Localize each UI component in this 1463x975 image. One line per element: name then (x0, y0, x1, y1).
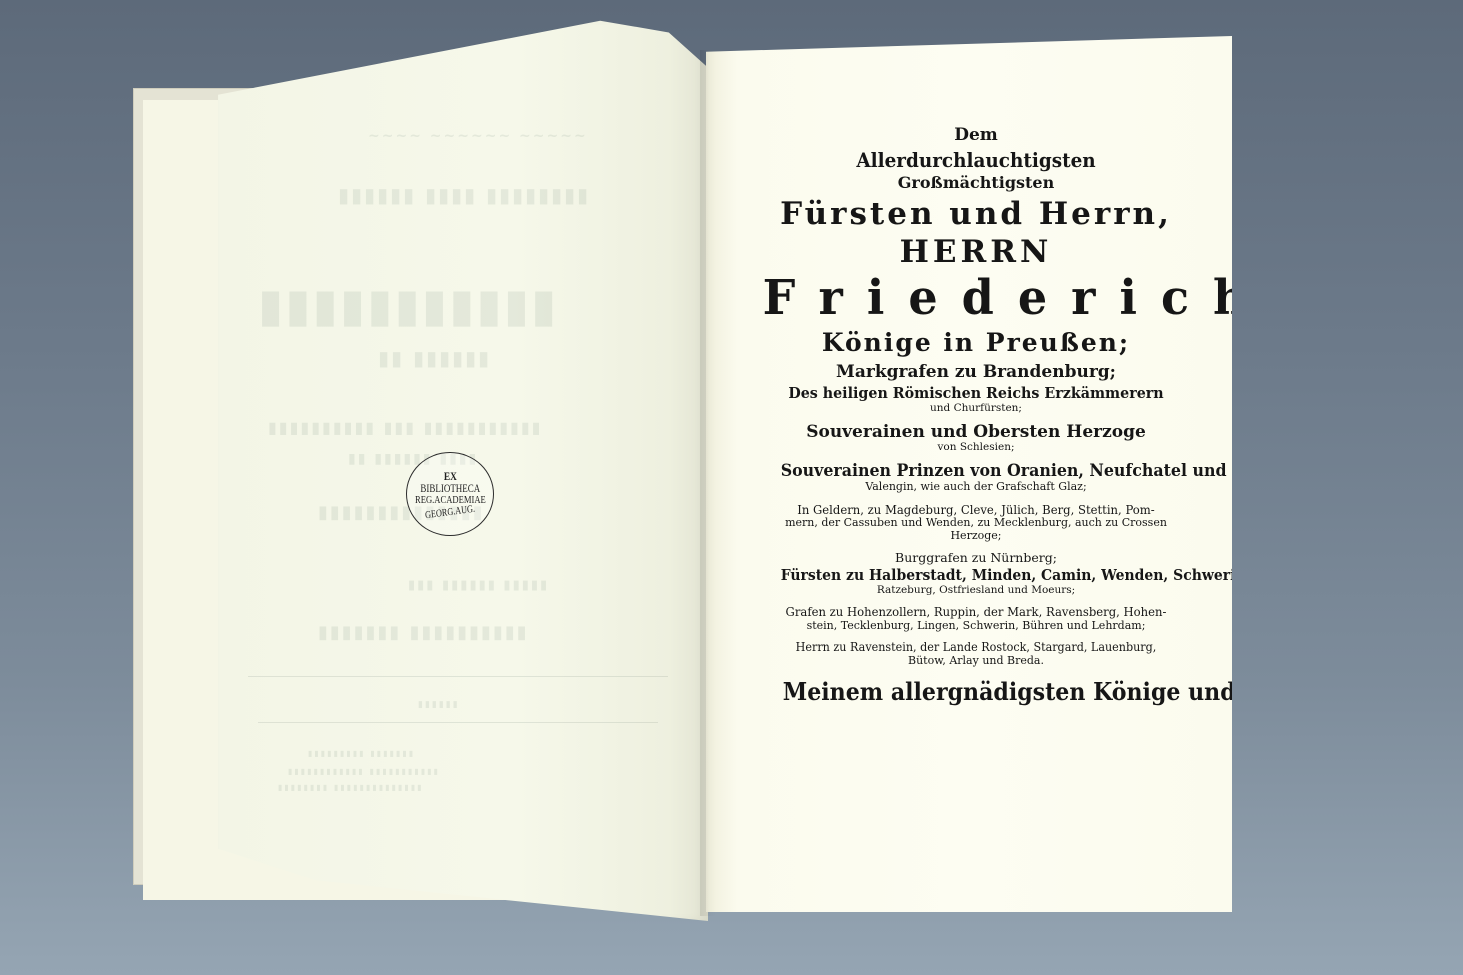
dedication-line: Dem (766, 126, 1186, 145)
dedication-line: Herrn zu Ravenstein, der Lande Rostock, … (781, 641, 1172, 654)
dedication-line: Souverainen und Obersten Herzoge (766, 423, 1186, 442)
dedication-line: Grafen zu Hohenzollern, Ruppin, der Mark… (781, 605, 1172, 619)
bleed-through-text: ▮▮▮▮▮▮▮ ▮▮▮▮▮▮▮▮▮▮ (318, 622, 529, 643)
dedication-line: Markgrafen zu Brandenburg; (766, 363, 1186, 382)
dedication-text: Dem Allerdurchlauchtigsten Großmächtigst… (766, 126, 1186, 706)
book-gutter-shadow (700, 50, 716, 916)
bleed-through-text: ▮▮▮▮▮▮▮▮▮▮▮ (258, 278, 558, 332)
bleed-through-text: ▮▮▮▮▮▮ (418, 700, 460, 710)
stamp-line: EX (443, 470, 456, 483)
bleed-through-text: ▮▮▮▮▮▮▮▮▮ ▮▮▮▮▮▮▮ (308, 748, 415, 758)
bleed-through-text: ▮▮▮▮▮▮▮▮▮▮ ▮▮▮ ▮▮▮▮▮▮▮▮▮▮▮ (268, 418, 542, 437)
bleed-through-rule (248, 676, 668, 677)
dedication-closing: Meinem allergnädigsten Könige und Herrn. (783, 679, 1169, 705)
dedication-line: HERRN (766, 235, 1186, 269)
dedication-line: Burggrafen zu Nürnberg; (766, 551, 1186, 565)
dedication-line: mern, der Cassuben und Wenden, zu Meckle… (766, 517, 1186, 529)
bleed-through-text: ▮▮ ▮▮▮▮▮▮ (378, 346, 491, 370)
dedication-line: Valengin, wie auch der Grafschaft Glaz; (766, 481, 1186, 493)
dedication-line: Bütow, Arlay und Breda. (766, 655, 1186, 667)
book-photo-scene: ~~~~ ~~~~~~ ~~~~~ ▮▮▮▮▮▮ ▮▮▮▮ ▮▮▮▮▮▮▮▮ ▮… (0, 0, 1463, 975)
dedication-line: Allerdurchlauchtigsten (783, 149, 1169, 171)
dedication-line: Souverainen Prinzen von Oranien, Neufcha… (781, 462, 1172, 481)
dedication-line: stein, Tecklenburg, Lingen, Schwerin, Bü… (766, 620, 1186, 632)
dedication-name: Friederich, (763, 272, 1178, 325)
dedication-line: von Schlesien; (766, 442, 1186, 454)
dedication-line: Fürsten und Herrn, (766, 197, 1186, 231)
bleed-through-text: ~~~~ ~~~~~~ ~~~~~ (368, 128, 588, 144)
right-page: Dem Allerdurchlauchtigsten Großmächtigst… (706, 36, 1232, 912)
dedication-line: Fürsten zu Halberstadt, Minden, Camin, W… (781, 567, 1172, 584)
dedication-line: Ratzeburg, Ostfriesland und Moeurs; (766, 585, 1186, 597)
dedication-line: Herzoge; (766, 530, 1186, 542)
stamp-line: REG.ACADEMIAE (415, 495, 486, 507)
bleed-through-text: ▮▮▮▮▮▮▮▮ ▮▮▮▮▮▮▮▮▮▮▮▮▮▮ (278, 782, 424, 792)
bleed-through-text: ▮▮▮▮▮▮▮▮▮▮▮▮ ▮▮▮▮▮▮▮▮▮▮▮ (288, 766, 440, 776)
bleed-through-rule (258, 722, 658, 723)
dedication-line: Könige in Preußen; (766, 329, 1186, 357)
bleed-through-text: ▮▮▮▮▮▮ ▮▮▮▮ ▮▮▮▮▮▮▮▮ (338, 183, 590, 207)
bleed-through-text: ▮▮▮ ▮▮▮▮▮▮ ▮▮▮▮▮ (408, 578, 549, 593)
library-stamp: EX BIBLIOTHECA REG.ACADEMIAE GEORG.AUG. (406, 452, 494, 536)
dedication-line: Großmächtigsten (766, 174, 1186, 192)
dedication-line: In Geldern, zu Magdeburg, Cleve, Jülich,… (781, 503, 1172, 517)
dedication-line: Des heiligen Römischen Reichs Erzkämmere… (777, 385, 1176, 402)
dedication-line: und Churfürsten; (766, 403, 1186, 415)
